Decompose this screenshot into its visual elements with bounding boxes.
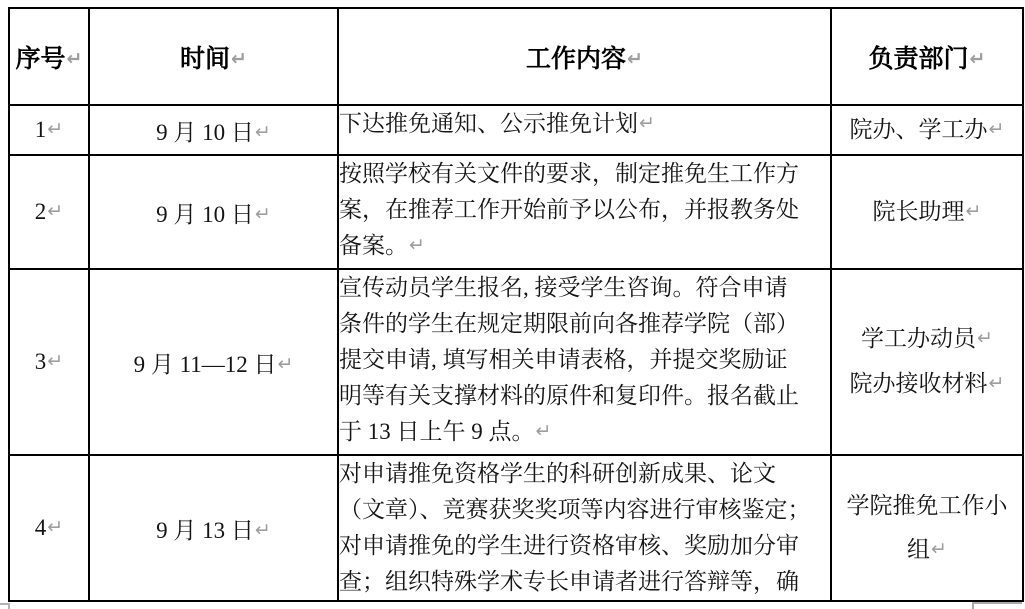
col-header-time-label: 时间 xyxy=(180,46,230,73)
line-break-mark: ↵ xyxy=(409,234,425,256)
cell-index-paragraph: 4↵ xyxy=(35,515,63,540)
cell-index[interactable]: 3↵ xyxy=(9,269,89,455)
col-header-index-label: 序号 xyxy=(16,46,66,73)
cell-department-text: 学院推免工作小 组 xyxy=(847,493,1008,562)
cell-department-paragraph: 院办、学工办↵ xyxy=(850,117,1005,142)
cell-time-paragraph: 9 月 13 日↵ xyxy=(156,518,271,543)
header-row: 序号↵时间↵工作内容↵负责部门↵ xyxy=(9,8,1023,105)
col-header-time[interactable]: 时间↵ xyxy=(89,8,338,105)
cell-content-text: 下达推免通知、公示推免计划 xyxy=(339,111,638,136)
cell-time-text: 9 月 13 日 xyxy=(156,518,254,543)
cell-content-paragraph: 宣传动员学生报名, 接受学生咨询。符合申请 条件的学生在规定期限前向各推荐学院（… xyxy=(339,275,799,444)
document-page: 序号↵时间↵工作内容↵负责部门↵ 1↵9 月 10 日↵下达推免通知、公示推免计… xyxy=(0,0,1025,609)
line-break-mark: ↵ xyxy=(931,538,947,560)
cell-time-paragraph: 9 月 10 日↵ xyxy=(156,120,271,145)
line-break-mark: ↵ xyxy=(47,516,63,538)
line-break-mark: ↵ xyxy=(989,372,1005,394)
cell-department-paragraph: 学工办动员↵ xyxy=(861,326,993,351)
cell-content[interactable]: 下达推免通知、公示推免计划↵ xyxy=(338,105,831,155)
cell-department-paragraph: 院办接收材料↵ xyxy=(832,362,1022,407)
cell-department[interactable]: 学院推免工作小 组↵ xyxy=(831,455,1023,601)
cell-index-text: 2 xyxy=(35,199,47,224)
cell-department-text: 学工办动员 xyxy=(861,326,976,351)
cell-index[interactable]: 2↵ xyxy=(9,155,89,269)
cell-department-paragraph: 院长助理↵ xyxy=(832,190,1022,235)
line-break-mark: ↵ xyxy=(627,48,643,70)
table-row: 3↵9 月 11—12 日↵宣传动员学生报名, 接受学生咨询。符合申请 条件的学… xyxy=(9,269,1023,455)
col-header-content-label: 工作内容 xyxy=(526,46,626,73)
cell-time-paragraph: 9 月 10 日↵ xyxy=(156,202,271,227)
cell-time[interactable]: 9 月 11—12 日↵ xyxy=(89,269,338,455)
cell-index-text: 3 xyxy=(35,349,47,374)
cell-index-text: 1 xyxy=(35,117,47,142)
cell-content-text: 按照学校有关文件的要求，制定推免生工作方 案，在推荐工作开始前予以公布，并报教务… xyxy=(339,161,799,258)
cell-time-text: 9 月 10 日 xyxy=(156,202,254,227)
line-break-mark: ↵ xyxy=(255,203,271,225)
cell-content[interactable]: 按照学校有关文件的要求，制定推免生工作方 案，在推荐工作开始前予以公布，并报教务… xyxy=(338,155,831,269)
cell-content-text: 对申请推免资格学生的科研创新成果、论文 （文章）、竞赛获奖奖项等内容进行审核鉴定… xyxy=(339,461,811,594)
line-break-mark: ↵ xyxy=(67,48,83,70)
cell-department[interactable]: 学工办动员↵院办接收材料↵ xyxy=(831,269,1023,455)
line-break-mark: ↵ xyxy=(970,48,986,70)
line-break-mark: ↵ xyxy=(536,420,552,442)
cell-index-paragraph: 2↵ xyxy=(35,199,63,224)
cell-time-paragraph: 9 月 11—12 日↵ xyxy=(134,352,294,377)
col-header-index[interactable]: 序号↵ xyxy=(9,8,89,105)
cell-department-paragraph: 学工办动员↵ xyxy=(832,317,1022,362)
cell-index[interactable]: 1↵ xyxy=(9,105,89,155)
table-row: 2↵9 月 10 日↵按照学校有关文件的要求，制定推免生工作方 案，在推荐工作开… xyxy=(9,155,1023,269)
cell-content-paragraph: 下达推免通知、公示推免计划↵ xyxy=(339,111,655,136)
cell-department[interactable]: 院长助理↵ xyxy=(831,155,1023,269)
cell-department-paragraph: 学院推免工作小 组↵ xyxy=(847,493,1008,562)
table-resize-handle[interactable] xyxy=(972,602,1022,609)
cell-department-text: 院办接收材料 xyxy=(850,371,988,396)
line-break-mark: ↵ xyxy=(255,519,271,541)
line-break-mark: ↵ xyxy=(255,121,271,143)
table-header: 序号↵时间↵工作内容↵负责部门↵ xyxy=(9,8,1023,105)
line-break-mark: ↵ xyxy=(47,350,63,372)
cell-index[interactable]: 4↵ xyxy=(9,455,89,601)
cell-department-paragraph: 院办、学工办↵ xyxy=(832,108,1022,153)
cell-department-paragraph: 学院推免工作小 组↵ xyxy=(832,484,1022,573)
cell-time-text: 9 月 11—12 日 xyxy=(134,352,277,377)
cell-time[interactable]: 9 月 13 日↵ xyxy=(89,455,338,601)
line-break-mark: ↵ xyxy=(639,112,655,134)
cell-content[interactable]: 对申请推免资格学生的科研创新成果、论文 （文章）、竞赛获奖奖项等内容进行审核鉴定… xyxy=(338,455,831,601)
cell-time-text: 9 月 10 日 xyxy=(156,120,254,145)
line-break-mark: ↵ xyxy=(47,200,63,222)
cell-department-text: 院办、学工办 xyxy=(850,117,988,142)
line-break-mark: ↵ xyxy=(989,118,1005,140)
cell-content-paragraph: 对申请推免资格学生的科研创新成果、论文 （文章）、竞赛获奖奖项等内容进行审核鉴定… xyxy=(339,461,811,594)
line-break-mark: ↵ xyxy=(277,353,293,375)
line-break-mark: ↵ xyxy=(47,118,63,140)
cell-department-paragraph: 院办接收材料↵ xyxy=(850,371,1005,396)
col-header-department-label: 负责部门 xyxy=(869,46,969,73)
work-schedule-table: 序号↵时间↵工作内容↵负责部门↵ 1↵9 月 10 日↵下达推免通知、公示推免计… xyxy=(8,7,1024,602)
cell-index-text: 4 xyxy=(35,515,47,540)
cell-department[interactable]: 院办、学工办↵ xyxy=(831,105,1023,155)
cell-department-text: 院长助理 xyxy=(873,199,965,224)
line-break-mark: ↵ xyxy=(977,327,993,349)
line-break-mark: ↵ xyxy=(966,200,982,222)
cell-time[interactable]: 9 月 10 日↵ xyxy=(89,105,338,155)
cell-index-paragraph: 3↵ xyxy=(35,349,63,374)
cell-index-paragraph: 1↵ xyxy=(35,117,63,142)
cell-time[interactable]: 9 月 10 日↵ xyxy=(89,155,338,269)
table-row: 1↵9 月 10 日↵下达推免通知、公示推免计划↵院办、学工办↵ xyxy=(9,105,1023,155)
table-row: 4↵9 月 13 日↵对申请推免资格学生的科研创新成果、论文 （文章）、竞赛获奖… xyxy=(9,455,1023,601)
cell-content-text: 宣传动员学生报名, 接受学生咨询。符合申请 条件的学生在规定期限前向各推荐学院（… xyxy=(339,275,799,444)
cell-content-paragraph: 按照学校有关文件的要求，制定推免生工作方 案，在推荐工作开始前予以公布，并报教务… xyxy=(339,161,799,258)
col-header-department[interactable]: 负责部门↵ xyxy=(831,8,1023,105)
page-edge-mark xyxy=(0,603,10,609)
cell-content[interactable]: 宣传动员学生报名, 接受学生咨询。符合申请 条件的学生在规定期限前向各推荐学院（… xyxy=(338,269,831,455)
cell-department-paragraph: 院长助理↵ xyxy=(873,199,982,224)
col-header-content[interactable]: 工作内容↵ xyxy=(338,8,831,105)
line-break-mark: ↵ xyxy=(231,48,247,70)
